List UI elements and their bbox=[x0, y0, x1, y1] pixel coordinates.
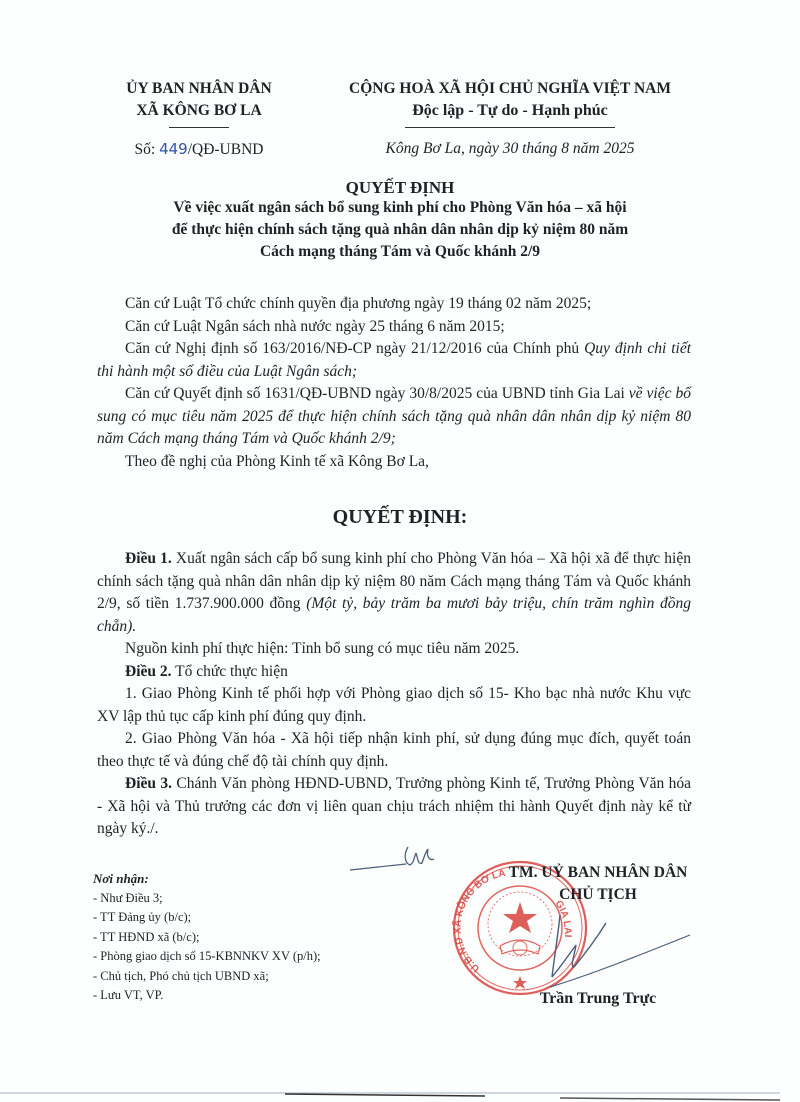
legal-basis-2: Căn cứ Luật Ngân sách nhà nước ngày 25 t… bbox=[97, 316, 691, 339]
place-date: Kông Bơ La, ngày 30 tháng 8 năm 2025 bbox=[318, 140, 702, 158]
authority-line-1: ỦY BAN NHÂN DÂN bbox=[104, 78, 294, 100]
country-name: CỘNG HOÀ XÃ HỘI CHỦ NGHĨA VIỆT NAM bbox=[318, 78, 702, 100]
recipient-item: - Chủ tịch, Phó chủ tịch UBND xã; bbox=[93, 967, 413, 987]
handwritten-number: 449 bbox=[159, 140, 188, 158]
proposal-basis: Theo đề nghị của Phòng Kinh tế xã Kông B… bbox=[97, 451, 691, 474]
article-2-item-1: 1. Giao Phòng Kinh tế phối hợp với Phòng… bbox=[97, 683, 691, 728]
legal-basis-1: Căn cứ Luật Tổ chức chính quyền địa phươ… bbox=[97, 293, 691, 316]
scan-edge bbox=[0, 1090, 800, 1102]
articles: Điều 1. Xuất ngân sách cấp bổ sung kinh … bbox=[97, 548, 691, 841]
preamble: Căn cứ Luật Tổ chức chính quyền địa phươ… bbox=[97, 293, 691, 473]
article-2: Điều 2. Tổ chức thực hiện bbox=[97, 661, 691, 684]
authority-line-2: XÃ KÔNG BƠ LA bbox=[104, 100, 294, 122]
issuing-authority: ỦY BAN NHÂN DÂN XÃ KÔNG BƠ LA bbox=[104, 78, 294, 128]
legal-basis-4: Căn cứ Quyết định số 1631/QĐ-UBND ngày 3… bbox=[97, 383, 691, 451]
authority-underline bbox=[169, 127, 229, 128]
recipients-list: Nơi nhận: - Như Điều 3; - TT Đảng ủy (b/… bbox=[93, 869, 413, 1006]
article-1: Điều 1. Xuất ngân sách cấp bổ sung kinh … bbox=[97, 548, 691, 638]
recipients-heading: Nơi nhận: bbox=[93, 869, 413, 889]
signature-title-2: CHỦ TỊCH bbox=[478, 884, 718, 906]
article-2-item-2: 2. Giao Phòng Văn hóa - Xã hội tiếp nhận… bbox=[97, 728, 691, 773]
document-subject: Về việc xuất ngân sách bổ sung kinh phí … bbox=[100, 197, 700, 263]
motto-underline bbox=[405, 127, 615, 128]
recipient-item: - Lưu VT, VP. bbox=[93, 986, 413, 1006]
signer-name: Trần Trung Trực bbox=[478, 990, 718, 1008]
signature-block: TM. UỶ BAN NHÂN DÂN CHỦ TỊCH bbox=[478, 862, 718, 906]
signature-title-1: TM. UỶ BAN NHÂN DÂN bbox=[478, 862, 718, 884]
recipient-item: - TT Đảng ủy (b/c); bbox=[93, 908, 413, 928]
funding-source: Nguồn kinh phí thực hiện: Tỉnh bổ sung c… bbox=[97, 638, 691, 661]
handwritten-signature bbox=[540, 905, 700, 995]
motto: Độc lập - Tự do - Hạnh phúc bbox=[318, 100, 702, 122]
decision-heading: QUYẾT ĐỊNH: bbox=[100, 506, 700, 529]
legal-basis-3: Căn cứ Nghị định số 163/2016/NĐ-CP ngày … bbox=[97, 338, 691, 383]
recipient-item: - TT HĐND xã (b/c); bbox=[93, 928, 413, 948]
national-motto: CỘNG HOÀ XÃ HỘI CHỦ NGHĨA VIỆT NAM Độc l… bbox=[318, 78, 702, 128]
document-title: QUYẾT ĐỊNH bbox=[100, 178, 700, 198]
article-3: Điều 3. Chánh Văn phòng HĐND-UBND, Trưởn… bbox=[97, 773, 691, 841]
recipient-item: - Như Điều 3; bbox=[93, 889, 413, 909]
recipient-item: - Phòng giao dịch số 15-KBNNKV XV (p/h); bbox=[93, 947, 413, 967]
document-number: Số: 449/QĐ-UBND bbox=[104, 140, 294, 159]
